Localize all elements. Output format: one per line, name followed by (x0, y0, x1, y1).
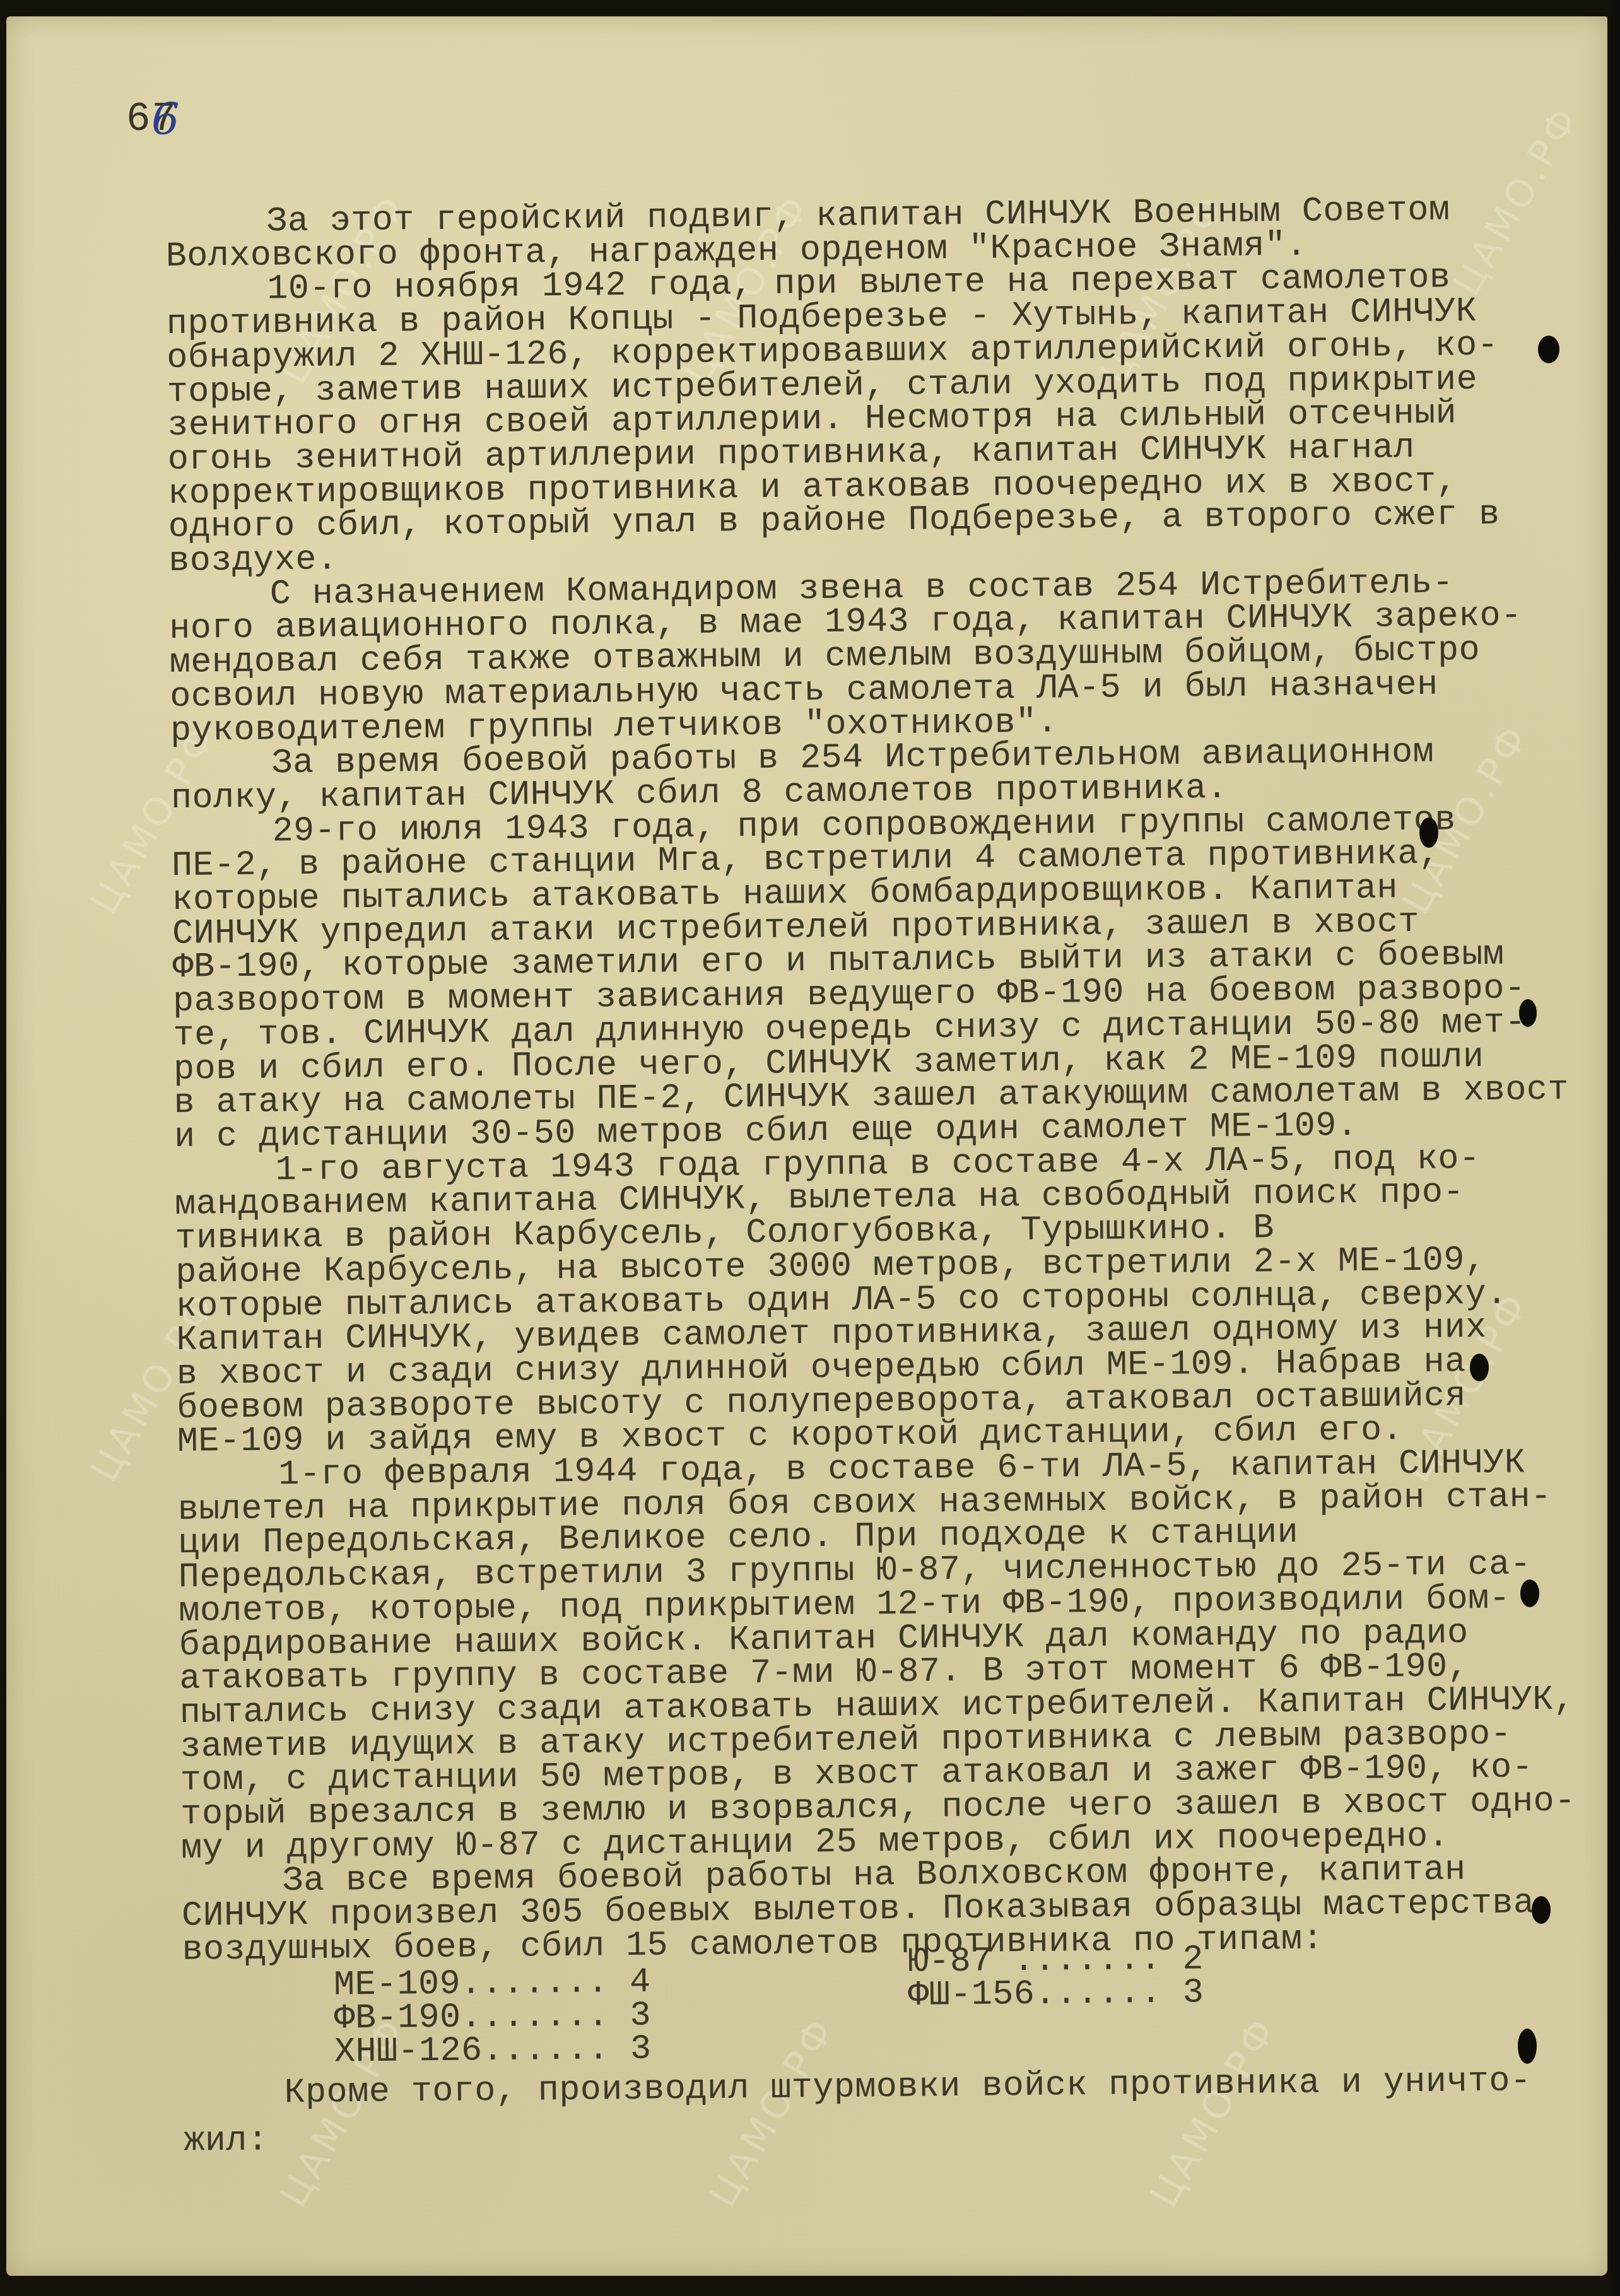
aircraft-tally: МЕ-109....... 4ФВ-190....... 3ХНШ-126...… (182, 1956, 1603, 2077)
tally-column-left: МЕ-109....... 4ФВ-190....... 3ХНШ-126...… (334, 1965, 652, 2068)
tally-row: ХНШ-126...... 3 (334, 2032, 652, 2068)
aircraft-type: ХНШ-126 (334, 2030, 483, 2071)
scan-edge-shadow (1609, 0, 1620, 2296)
kill-count: 3 (630, 2029, 652, 2068)
kill-count: 3 (1183, 1972, 1204, 2012)
punch-hole (1419, 817, 1438, 848)
punch-hole (1518, 2029, 1537, 2064)
closing-lines: Кроме того, производил штурмовки войск п… (183, 2063, 1603, 2158)
document-page: ЦАМО.РФ ЦАМО.РФ ЦАМО.РФ ЦАМО.РФ ЦАМО.РФ … (6, 16, 1607, 2276)
leader-dots: ...... (1035, 1973, 1162, 2014)
punch-hole (1532, 1896, 1551, 1924)
document-body: За этот геройский подвиг, капитан СИНЧУК… (165, 192, 1604, 2158)
page-number: 67 6 (126, 97, 177, 143)
punch-hole (1520, 1579, 1539, 1607)
punch-hole (1538, 336, 1559, 363)
tally-row: ФШ-156...... 3 (908, 1976, 1204, 2012)
tally-column-right: Ю-87 ....... 2ФШ-156...... 3 (908, 1942, 1204, 2012)
page-number-overwrite: 6 (151, 93, 181, 145)
leader-dots: ...... (482, 2029, 609, 2070)
aircraft-type: ФШ-156 (908, 1974, 1035, 2015)
text-line: жил: (184, 2111, 1603, 2158)
punch-hole (1519, 999, 1537, 1027)
body-lines: За этот геройский подвиг, капитан СИНЧУК… (165, 192, 1602, 1967)
punch-hole (1470, 1354, 1489, 1381)
